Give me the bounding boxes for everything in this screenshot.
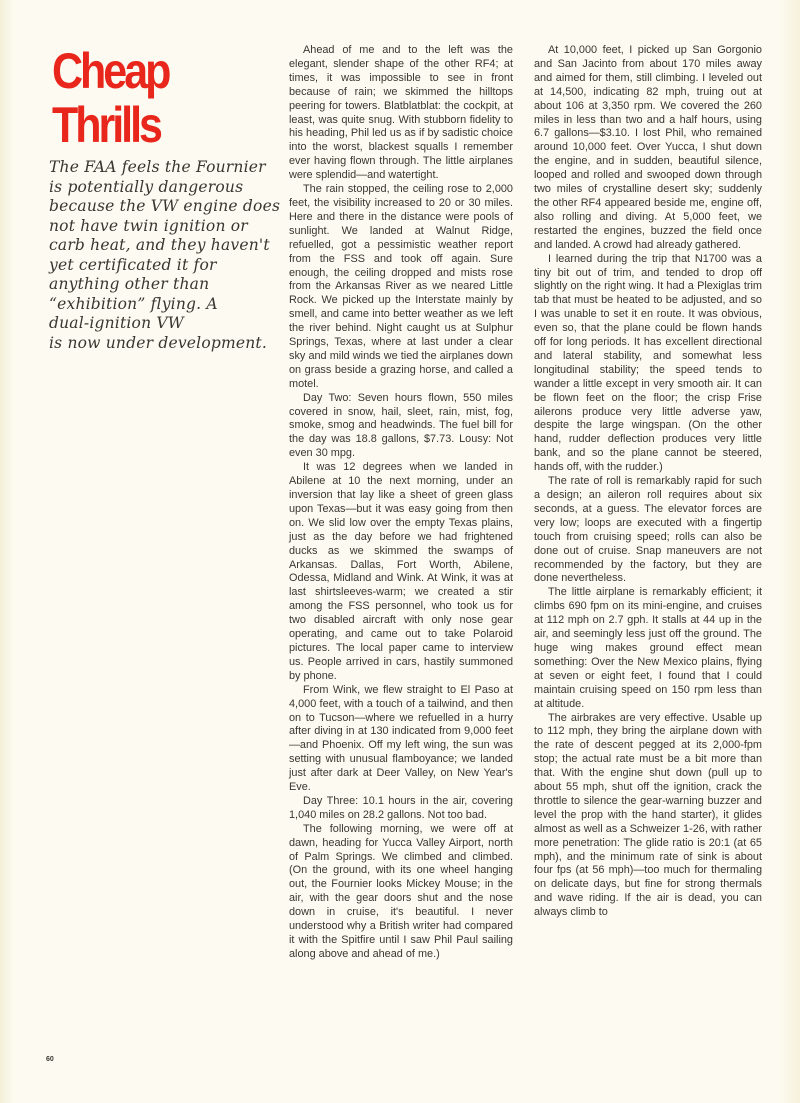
- paragraph: It was 12 degrees when we landed in Abil…: [289, 461, 513, 684]
- paragraph: Day Three: 10.1 hours in the air, cov­er…: [289, 795, 513, 823]
- deck-line: anything other than: [49, 275, 279, 295]
- deck-line: because the VW engine does: [49, 197, 279, 217]
- page-gutter-shadow: [0, 0, 14, 1103]
- paragraph: The rate of roll is remarkably rapid for…: [534, 475, 762, 586]
- paragraph: Day Two: Seven hours flown, 550 miles co…: [289, 392, 513, 462]
- article-title: Cheap Thrills: [52, 44, 168, 152]
- body-column-2: At 10,000 feet, I picked up San Gor­goni…: [534, 44, 762, 920]
- paragraph: The following morning, we were off at da…: [289, 823, 513, 962]
- body-column-1: Ahead of me and to the left was the eleg…: [289, 44, 513, 962]
- deck-line: is now under development.: [49, 334, 279, 354]
- paragraph: At 10,000 feet, I picked up San Gor­goni…: [534, 44, 762, 253]
- deck-line: not have twin ignition or: [49, 217, 279, 237]
- deck-line: is potentially dangerous: [49, 178, 279, 198]
- article-deck: The FAA feels the Fournier is potentiall…: [49, 158, 279, 353]
- deck-line: “exhibition” flying. A: [49, 295, 279, 315]
- deck-line: dual-ignition VW: [49, 314, 279, 334]
- paragraph: The airbrakes are very effective. Us­abl…: [534, 712, 762, 921]
- page-number: 60: [46, 1056, 54, 1063]
- page-edge-shadow: [778, 0, 800, 1103]
- paragraph: The little airplane is remarkably effi­c…: [534, 586, 762, 711]
- paragraph: I learned during the trip that N1700 was…: [534, 253, 762, 476]
- deck-line: The FAA feels the Fournier: [49, 158, 279, 178]
- title-line-1: Cheap: [52, 44, 168, 98]
- paragraph: The rain stopped, the ceiling rose to 2,…: [289, 183, 513, 392]
- paragraph: Ahead of me and to the left was the eleg…: [289, 44, 513, 183]
- paragraph: From Wink, we flew straight to El Paso a…: [289, 684, 513, 795]
- deck-line: carb heat, and they haven't: [49, 236, 279, 256]
- title-line-2: Thrills: [52, 98, 168, 152]
- deck-line: yet certificated it for: [49, 256, 279, 276]
